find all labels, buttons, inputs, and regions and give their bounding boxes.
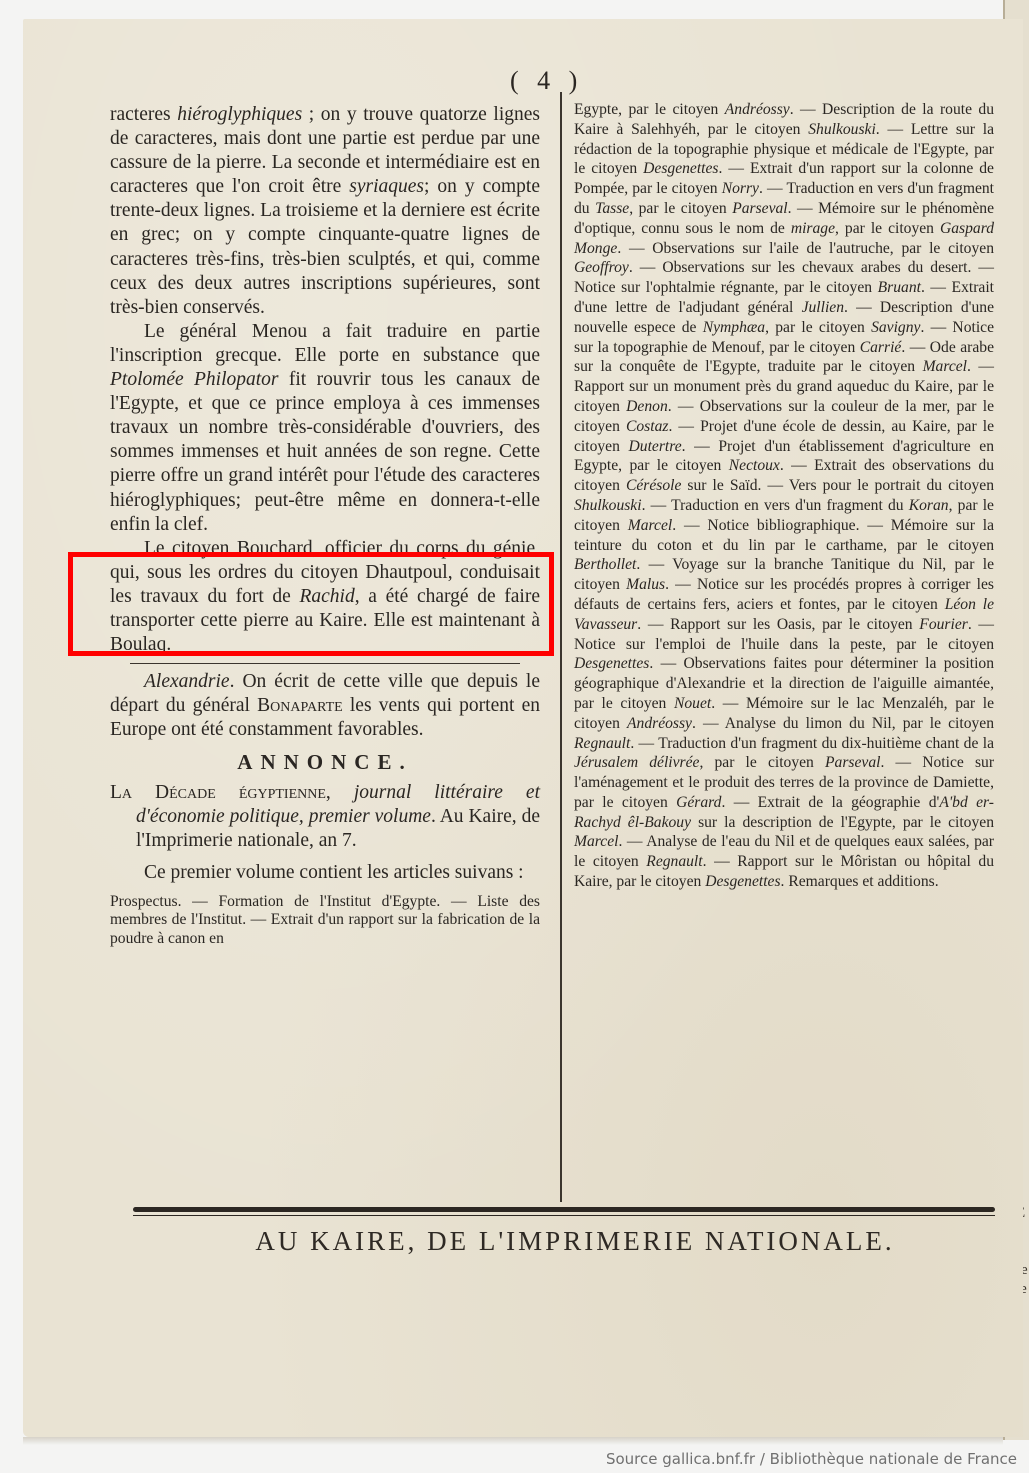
page-number: ( 4 )	[510, 66, 583, 96]
source-credit: Source gallica.bnf.fr / Bibliothèque nat…	[606, 1450, 1017, 1468]
paragraph-bouchard: Le citoyen Bouchard, officier du corps d…	[110, 537, 540, 657]
paragraph-alexandrie: Alexandrie. On écrit de cette ville que …	[110, 670, 540, 742]
page-shadow	[23, 1437, 1003, 1445]
imprint-line: AU KAIRE, DE L'IMPRIMERIE NATIONALE.	[150, 1226, 1000, 1257]
annonce-intro: Ce premier volume contient les articles …	[110, 861, 540, 885]
left-column: racteres hiéroglyphiques ; on y trouve q…	[110, 103, 540, 948]
column-divider-rule	[560, 92, 562, 1202]
articles-list-start: Prospectus. — Formation de l'Institut d'…	[110, 893, 540, 949]
right-column-articles-list: Egypte, par le citoyen Andréossy. — Desc…	[574, 100, 994, 892]
annonce-heading: ANNONCE.	[110, 750, 540, 774]
section-divider	[130, 663, 520, 664]
paragraph-rosetta-inscriptions: racteres hiéroglyphiques ; on y trouve q…	[110, 103, 540, 320]
annonce-entry: La Décade égyptienne, journal littéraire…	[110, 781, 540, 853]
footer-double-rule	[133, 1207, 995, 1219]
paragraph-menou-translation: Le général Menou a fait traduire en part…	[110, 320, 540, 537]
